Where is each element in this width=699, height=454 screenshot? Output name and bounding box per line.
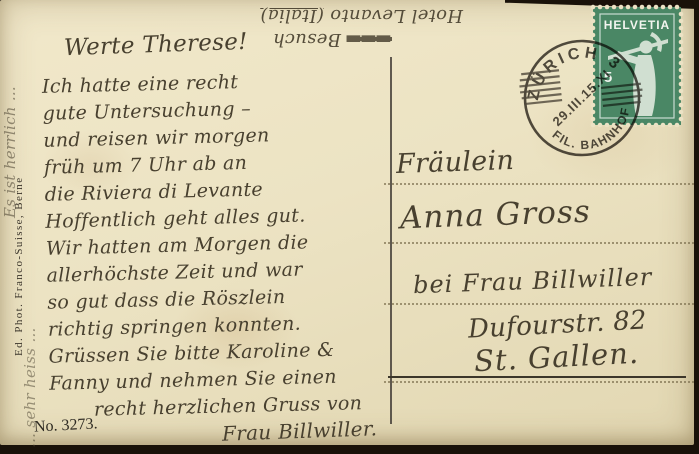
city-underline — [388, 376, 686, 378]
postmark-graphic: ZÜRICH 3 FIL. BAHNHOF 29.II — [512, 28, 652, 168]
inverted-note-text: Hotel Levanto — [324, 5, 463, 26]
address-co-line: bei Frau Billwiller — [413, 263, 653, 299]
inverted-top-note: Hotel Levanto (Italia) — [148, 5, 463, 26]
inverted-note-underlined: (Italia) — [260, 5, 324, 26]
message-signature: Frau Billwiller. — [222, 416, 378, 445]
message-body: Ich hatte eine recht gute Untersuchung –… — [42, 68, 363, 427]
postcard-back: Werte Therese! Ich hatte eine recht gute… — [0, 0, 694, 445]
address-city: St. Gallen. — [473, 336, 640, 379]
publisher-imprint: Ed. Phot. Franco-Suisse, Berne — [13, 177, 25, 356]
address-rule-3 — [384, 303, 694, 305]
address-recipient-name: Anna Gross — [399, 194, 591, 237]
address-rule-2 — [384, 242, 694, 244]
message-address-divider — [390, 57, 392, 424]
postmark: ZÜRICH 3 FIL. BAHNHOF 29.II — [512, 28, 652, 168]
inverted-top-note-2: ▬▬▬ Besuch — [242, 29, 392, 50]
address-recipient-title: Fräulein — [395, 145, 514, 180]
message-salutation: Werte Therese! — [64, 29, 249, 61]
address-rule-4 — [384, 381, 694, 383]
catalog-number: No. 3273. — [34, 415, 98, 436]
address-rule-1 — [384, 183, 694, 185]
scribbled-out-word: ▬▬▬ — [347, 29, 392, 50]
inserted-word: Besuch — [273, 29, 347, 50]
